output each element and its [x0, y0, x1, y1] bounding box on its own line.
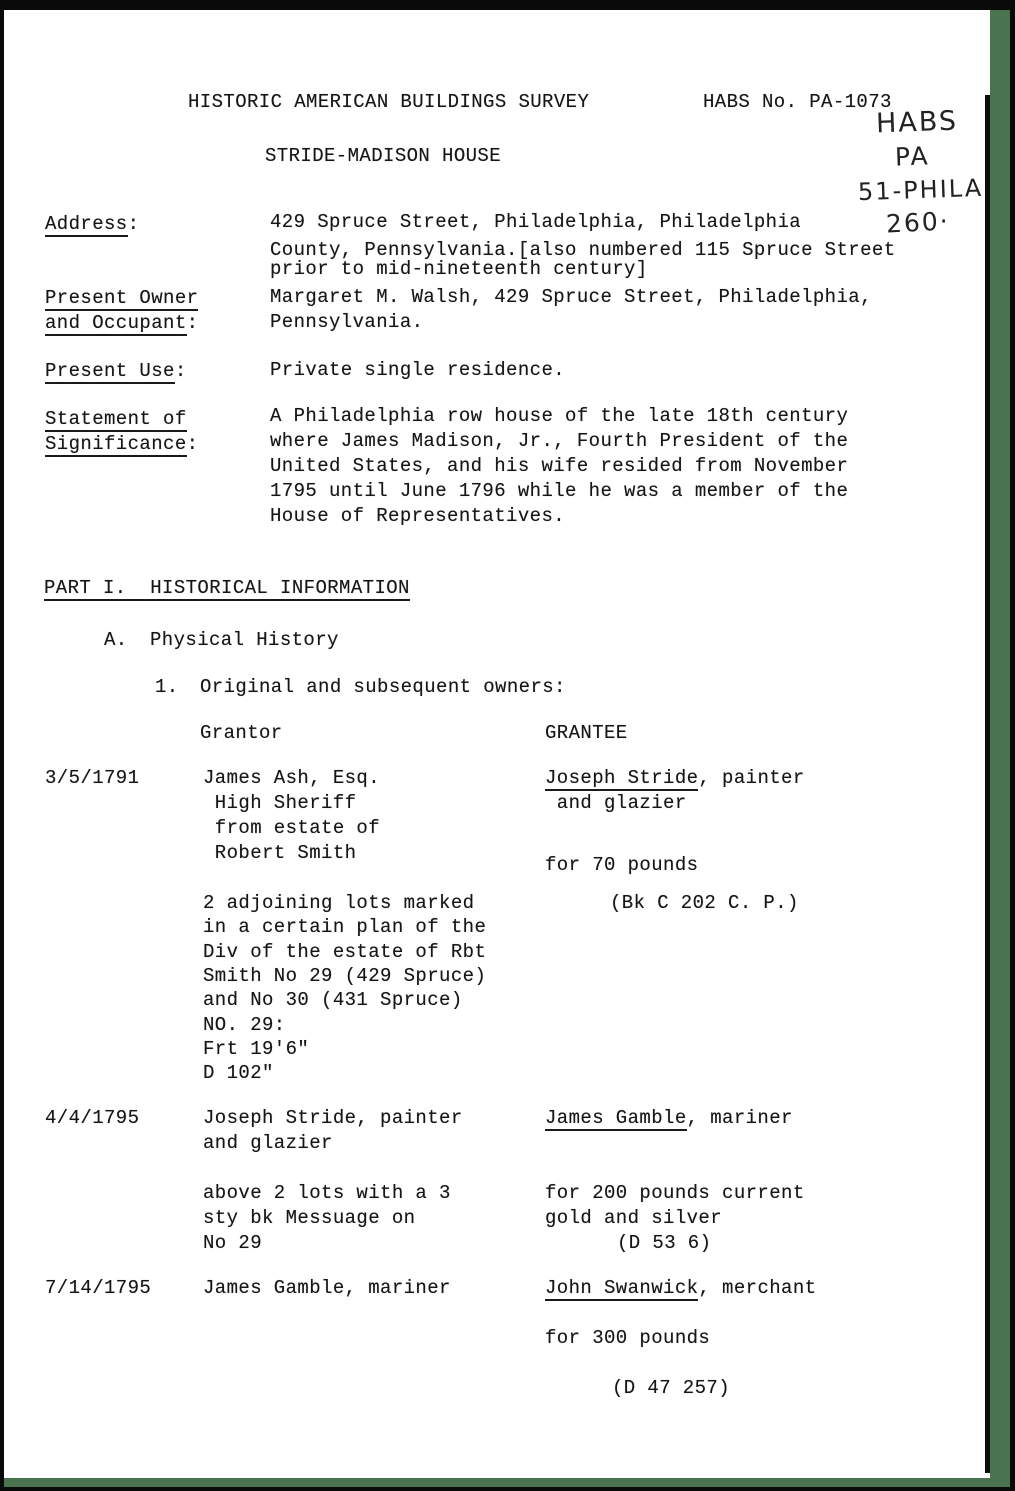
scan-mat-bottom — [4, 1478, 1010, 1487]
deed-reference: (Bk C 202 C. P.) — [610, 893, 799, 914]
scan-border-right — [1010, 0, 1015, 1491]
deed-consideration: for 300 pounds — [545, 1328, 710, 1349]
deed-description-line: in a certain plan of the — [203, 917, 486, 938]
field-label-colon: : — [187, 433, 199, 455]
part1-heading-text: PART I. HISTORICAL INFORMATION — [44, 577, 410, 601]
section-a-label: A. — [104, 630, 128, 651]
field-label-significance-1: Statement of — [45, 409, 187, 430]
field-value-line: Private single residence. — [270, 360, 565, 381]
field-label-owner-2: and Occupant: — [45, 313, 198, 334]
scanned-document-page: HISTORIC AMERICAN BUILDINGS SURVEY HABS … — [0, 0, 1015, 1491]
deed-description-line: sty bk Messuage on — [203, 1208, 415, 1229]
deed-description-line: D 102" — [203, 1063, 274, 1084]
deed-date: 3/5/1791 — [45, 768, 139, 789]
field-label-text: Present Owner — [45, 287, 198, 311]
grantor-line: High Sheriff — [203, 793, 356, 814]
field-label-text: Significance — [45, 433, 187, 457]
field-value-line: where James Madison, Jr., Fourth Preside… — [270, 431, 848, 452]
grantee-role: , mariner — [687, 1107, 793, 1129]
deed-reference: (D 53 6) — [617, 1233, 711, 1254]
handwritten-habs-line: HABS — [876, 111, 959, 135]
scan-border-bottom — [0, 1487, 1015, 1491]
field-value-line: 1795 until June 1796 while he was a memb… — [270, 481, 848, 502]
field-value-line: Margaret M. Walsh, 429 Spruce Street, Ph… — [270, 287, 872, 308]
grantor-line: from estate of — [203, 818, 380, 839]
deed-consideration: gold and silver — [545, 1208, 722, 1229]
field-label-owner-1: Present Owner — [45, 288, 198, 309]
deed-description-line: NO. 29: — [203, 1015, 286, 1036]
handwritten-pa-line: PA — [895, 145, 930, 167]
grantee-name: John Swanwick — [545, 1277, 698, 1301]
field-label-address: Address: — [45, 214, 139, 235]
field-label-use: Present Use: — [45, 361, 187, 382]
grantor-line: and glazier — [203, 1133, 333, 1154]
field-label-text: Statement of — [45, 408, 187, 432]
deed-description-line: above 2 lots with a 3 — [203, 1183, 451, 1204]
item-1-title: Original and subsequent owners: — [200, 677, 566, 698]
grantee-line: James Gamble, mariner — [545, 1108, 793, 1129]
deed-description-line: Frt 19'6" — [203, 1039, 309, 1060]
grantee-name: James Gamble — [545, 1107, 687, 1131]
field-value-line: United States, and his wife resided from… — [270, 456, 848, 477]
item-1-label: 1. — [155, 677, 179, 698]
field-label-text: and Occupant — [45, 312, 187, 336]
field-value-line: Pennsylvania. — [270, 312, 423, 333]
field-value-line: 429 Spruce Street, Philadelphia, Philade… — [270, 212, 801, 233]
deed-date: 7/14/1795 — [45, 1278, 151, 1299]
field-value-line: prior to mid-nineteenth century] — [270, 259, 648, 280]
section-a-title: Physical History — [150, 630, 339, 651]
deed-description-line: and No 30 (431 Spruce) — [203, 990, 463, 1011]
grantor-line: Joseph Stride, painter — [203, 1108, 463, 1129]
field-value-line: House of Representatives. — [270, 506, 565, 527]
grantee-role: , painter — [698, 767, 804, 789]
handwritten-phila-line: 51-PHILA — [858, 178, 984, 203]
grantor-line: Robert Smith — [203, 843, 356, 864]
field-label-significance-2: Significance: — [45, 434, 198, 455]
handwritten-260-line: 260· — [885, 210, 950, 234]
grantor-line: James Ash, Esq. — [203, 768, 380, 789]
house-title: STRIDE-MADISON HOUSE — [265, 146, 501, 167]
survey-title: HISTORIC AMERICAN BUILDINGS SURVEY — [188, 92, 589, 113]
grantee-name: Joseph Stride — [545, 767, 698, 791]
grantor-line: James Gamble, mariner — [203, 1278, 451, 1299]
grantee-role: , merchant — [698, 1277, 816, 1299]
field-label-text: Present Use — [45, 360, 175, 384]
deed-consideration: for 200 pounds current — [545, 1183, 805, 1204]
field-label-colon: : — [175, 360, 187, 382]
scan-border-top — [0, 0, 1015, 10]
part1-heading: PART I. HISTORICAL INFORMATION — [44, 578, 410, 599]
field-label-text: Address — [45, 213, 128, 237]
deed-description-line: 2 adjoining lots marked — [203, 893, 474, 914]
scan-mat-right — [990, 0, 1010, 1491]
field-label-colon: : — [128, 213, 140, 235]
deed-description-line: Smith No 29 (429 Spruce) — [203, 966, 486, 987]
field-value-line: A Philadelphia row house of the late 18t… — [270, 406, 848, 427]
deed-consideration: for 70 pounds — [545, 855, 698, 876]
deed-reference: (D 47 257) — [612, 1378, 730, 1399]
deed-date: 4/4/1795 — [45, 1108, 139, 1129]
scan-border-left — [0, 0, 4, 1491]
grantee-line: John Swanwick, merchant — [545, 1278, 816, 1299]
grantee-line: Joseph Stride, painter — [545, 768, 805, 789]
grantee-line: and glazier — [545, 793, 687, 814]
habs-number: HABS No. PA-1073 — [703, 92, 892, 113]
column-header-grantor: Grantor — [200, 723, 283, 744]
column-header-grantee: GRANTEE — [545, 723, 628, 744]
deed-description-line: No 29 — [203, 1233, 262, 1254]
field-label-colon: : — [187, 312, 199, 334]
deed-description-line: Div of the estate of Rbt — [203, 942, 486, 963]
